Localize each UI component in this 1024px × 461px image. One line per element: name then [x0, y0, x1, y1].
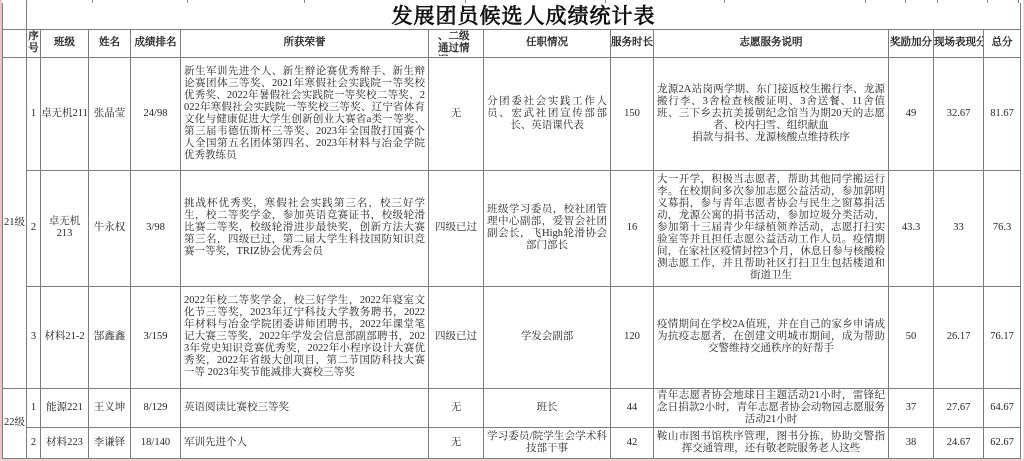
cell-class: 能源221: [41, 388, 89, 427]
cell-volunteer: 龙源2A站岗两学期、东门接返校生搬行李、龙源搬行李、3舍检查核酸证明、3舍送餐、…: [654, 57, 889, 170]
cell-name: 郜鑫鑫: [89, 286, 131, 388]
group-label-22: 22级: [3, 388, 27, 458]
header-group: [3, 29, 27, 57]
header-row: 序号 班级 姓名 成绩排名 所获荣誉 四六级、二级通过情况 任职情况 服务时长 …: [3, 29, 1021, 57]
spreadsheet-page: 发展团员候选人成绩统计表 序号 班级 姓名 成绩排名 所获荣誉 四六级、二级通过…: [0, 0, 1024, 461]
cropped-row-remnant: [2, 0, 1020, 3]
header-honors: 所获荣誉: [181, 29, 429, 57]
cell-honors: 新生军训先进个人、新生辩论赛优秀辩手、新生辩论赛团体三等奖、2021年寒假社会实…: [181, 57, 429, 170]
cell-total: 64.67: [984, 388, 1021, 427]
cell-volunteer: 青年志愿者协会地球日主题活动21小时，雷锋纪念日捐款2小时，青年志愿者协会动物园…: [654, 388, 889, 427]
table-row: 2 材料223 李谦铎 18/140 军训先进个人 无 学习委员/院学生会学术科…: [3, 427, 1021, 458]
cell-cet: 无: [429, 388, 484, 427]
header-cet-text: 四六级、二级通过情况: [438, 30, 474, 56]
cell-performance: 33: [934, 170, 984, 286]
cell-index: 2: [27, 427, 41, 458]
cell-service-hours: 150: [611, 57, 654, 170]
crop-edge-left: [0, 0, 2, 461]
cell-total: 76.17: [984, 286, 1021, 388]
header-rank: 成绩排名: [131, 29, 181, 57]
cell-service-hours: 42: [611, 427, 654, 458]
cell-total: 76.3: [984, 170, 1021, 286]
cell-index: 1: [27, 57, 41, 170]
table-row: 21级 1 卓无机211 张晶莹 24/98 新生军训先进个人、新生辩论赛优秀辩…: [3, 57, 1021, 170]
cell-bonus: 49: [889, 57, 934, 170]
cell-class: 卓无机213: [41, 170, 89, 286]
header-name: 姓名: [89, 29, 131, 57]
score-statistics-table: 发展团员候选人成绩统计表 序号 班级 姓名 成绩排名 所获荣誉 四六级、二级通过…: [2, 3, 1021, 459]
cell-cet: 四级已过: [429, 286, 484, 388]
cell-volunteer: 疫情期间在学校2A值班，并在自己的家乡申请成为抗疫志愿者，在创建文明城市期间，成…: [654, 286, 889, 388]
page-title: 发展团员候选人成绩统计表: [27, 3, 1021, 29]
cell-index: 3: [27, 286, 41, 388]
table-row: 22级 1 能源221 王义坤 8/129 英语阅读比赛校三等奖 无 班长 44…: [3, 388, 1021, 427]
cell-bonus: 37: [889, 388, 934, 427]
cell-name: 牛永权: [89, 170, 131, 286]
cell-index: 1: [27, 388, 41, 427]
cell-positions: 分团委社会实践工作人员、宏武社团宣传部部长、英语课代表: [484, 57, 611, 170]
cell-name: 王义坤: [89, 388, 131, 427]
header-service-hours: 服务时长: [611, 29, 654, 57]
header-volunteer: 志愿服务说明: [654, 29, 889, 57]
cell-positions: 学发会副部: [484, 286, 611, 388]
cell-service-hours: 44: [611, 388, 654, 427]
cell-honors: 英语阅读比赛校三等奖: [181, 388, 429, 427]
cell-bonus: 38: [889, 427, 934, 458]
cell-service-hours: 16: [611, 170, 654, 286]
table-row: 3 材料21-2 郜鑫鑫 3/159 2022年校二等奖学金，校三好学生，202…: [3, 286, 1021, 388]
cell-class: 材料223: [41, 427, 89, 458]
title-row-left-cell: [3, 3, 27, 29]
cell-bonus: 50: [889, 286, 934, 388]
cell-performance: 26.17: [934, 286, 984, 388]
cell-class: 卓无机211: [41, 57, 89, 170]
cell-name: 李谦铎: [89, 427, 131, 458]
header-performance: 现场表现分: [934, 29, 984, 57]
cell-rank: 3/98: [131, 170, 181, 286]
cell-volunteer: 鞍山市图书馆秩序管理，图书分拣，协助交警指挥交通管理，还有敬老院服务老人这些: [654, 427, 889, 458]
table-row: 2 卓无机213 牛永权 3/98 挑战杯优秀奖，寒假社会实践第三名，校三好学生…: [3, 170, 1021, 286]
cell-cet: 无: [429, 57, 484, 170]
cell-positions: 学习委员/院学生会学术科技部干事: [484, 427, 611, 458]
header-class: 班级: [41, 29, 89, 57]
cell-positions: 班长: [484, 388, 611, 427]
cell-honors: 军训先进个人: [181, 427, 429, 458]
cell-performance: 27.67: [934, 388, 984, 427]
header-bonus: 奖励加分: [889, 29, 934, 57]
cell-honors: 2022年校二等奖学金，校三好学生，2022年寝室文化节三等奖，2023年辽宁科…: [181, 286, 429, 388]
cell-service-hours: 120: [611, 286, 654, 388]
cell-rank: 18/140: [131, 427, 181, 458]
cell-positions: 班级学习委员，校社团管理中心副部，爱智会社团副会长，飞High轮滑协会部门部长: [484, 170, 611, 286]
title-row: 发展团员候选人成绩统计表: [3, 3, 1021, 29]
cell-class: 材料21-2: [41, 286, 89, 388]
cell-total: 62.67: [984, 427, 1021, 458]
cell-cet: 四级已过: [429, 170, 484, 286]
header-cet: 四六级、二级通过情况: [429, 29, 484, 57]
cell-index: 2: [27, 170, 41, 286]
cell-rank: 3/159: [131, 286, 181, 388]
cell-rank: 8/129: [131, 388, 181, 427]
header-positions: 任职情况: [484, 29, 611, 57]
cell-performance: 32.67: [934, 57, 984, 170]
header-total: 总分: [984, 29, 1021, 57]
cell-name: 张晶莹: [89, 57, 131, 170]
cell-bonus: 43.3: [889, 170, 934, 286]
cell-rank: 24/98: [131, 57, 181, 170]
header-index: 序号: [27, 29, 41, 57]
cell-performance: 24.67: [934, 427, 984, 458]
cell-total: 81.67: [984, 57, 1021, 170]
cell-honors: 挑战杯优秀奖，寒假社会实践第三名，校三好学生，校二等奖学金，参加英语竞赛证书，校…: [181, 170, 429, 286]
cell-volunteer: 大一开学，积极当志愿者，帮助其他同学搬运行李。在校期间多次参加志愿公益活动，参加…: [654, 170, 889, 286]
cell-cet: 无: [429, 427, 484, 458]
group-label-21: 21级: [3, 57, 27, 388]
